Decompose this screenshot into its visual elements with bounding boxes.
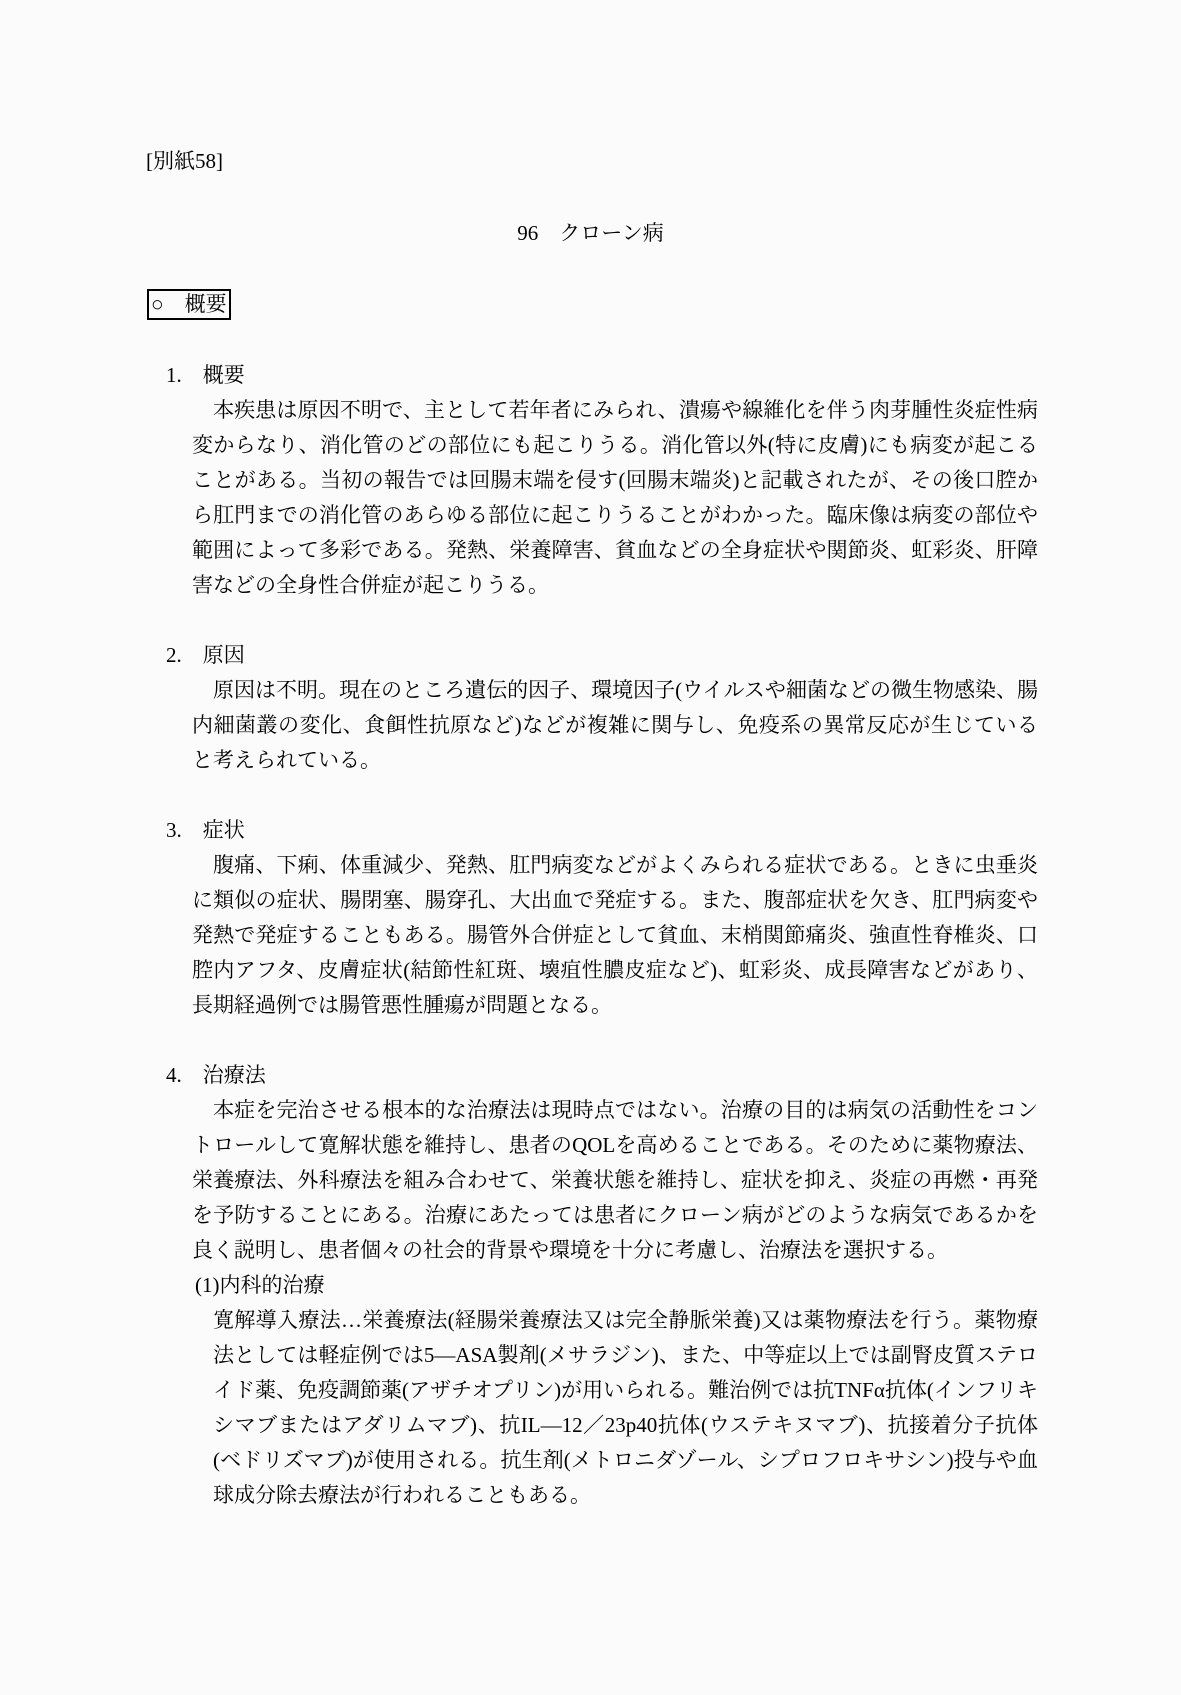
subsection-medical-treatment-heading: (1)内科的治療 <box>195 1268 1038 1303</box>
section-symptoms: 3. 症状 腹痛、下痢、体重減少、発熱、肛門病変などがよくみられる症状である。と… <box>166 813 1038 1023</box>
section-symptoms-paragraph: 腹痛、下痢、体重減少、発熱、肛門病変などがよくみられる症状である。ときに虫垂炎に… <box>192 848 1038 1023</box>
section-overview-heading: 1. 概要 <box>166 358 1038 393</box>
overview-box: ○ 概要 <box>147 289 231 320</box>
document-title: 96 クローン病 <box>0 216 1181 251</box>
subsection-medical-treatment-paragraph: 寛解導入療法…栄養療法(経腸栄養療法又は完全静脈栄養)又は薬物療法を行う。薬物療… <box>213 1303 1038 1513</box>
section-treatment-heading: 4. 治療法 <box>166 1058 1038 1093</box>
overview-box-label: ○ 概要 <box>151 292 227 316</box>
section-cause-paragraph: 原因は不明。現在のところ遺伝的因子、環境因子(ウイルスや細菌などの微生物感染、腸… <box>192 673 1038 778</box>
section-treatment: 4. 治療法 本症を完治させる根本的な治療法は現時点ではない。治療の目的は病気の… <box>166 1058 1038 1513</box>
section-cause-heading: 2. 原因 <box>166 638 1038 673</box>
section-symptoms-heading: 3. 症状 <box>166 813 1038 848</box>
section-treatment-paragraph: 本症を完治させる根本的な治療法は現時点ではない。治療の目的は病気の活動性をコント… <box>192 1093 1038 1268</box>
section-cause: 2. 原因 原因は不明。現在のところ遺伝的因子、環境因子(ウイルスや細菌などの微… <box>166 638 1038 778</box>
document-page: [別紙58] 96 クローン病 ○ 概要 1. 概要 本疾患は原因不明で、主とし… <box>0 0 1181 1695</box>
section-overview: 1. 概要 本疾患は原因不明で、主として若年者にみられ、潰瘍や線維化を伴う肉芽腫… <box>166 358 1038 603</box>
document-body: 1. 概要 本疾患は原因不明で、主として若年者にみられ、潰瘍や線維化を伴う肉芽腫… <box>166 358 1038 1548</box>
section-overview-paragraph: 本疾患は原因不明で、主として若年者にみられ、潰瘍や線維化を伴う肉芽腫性炎症性病変… <box>192 393 1038 603</box>
appendix-label: [別紙58] <box>146 144 223 179</box>
